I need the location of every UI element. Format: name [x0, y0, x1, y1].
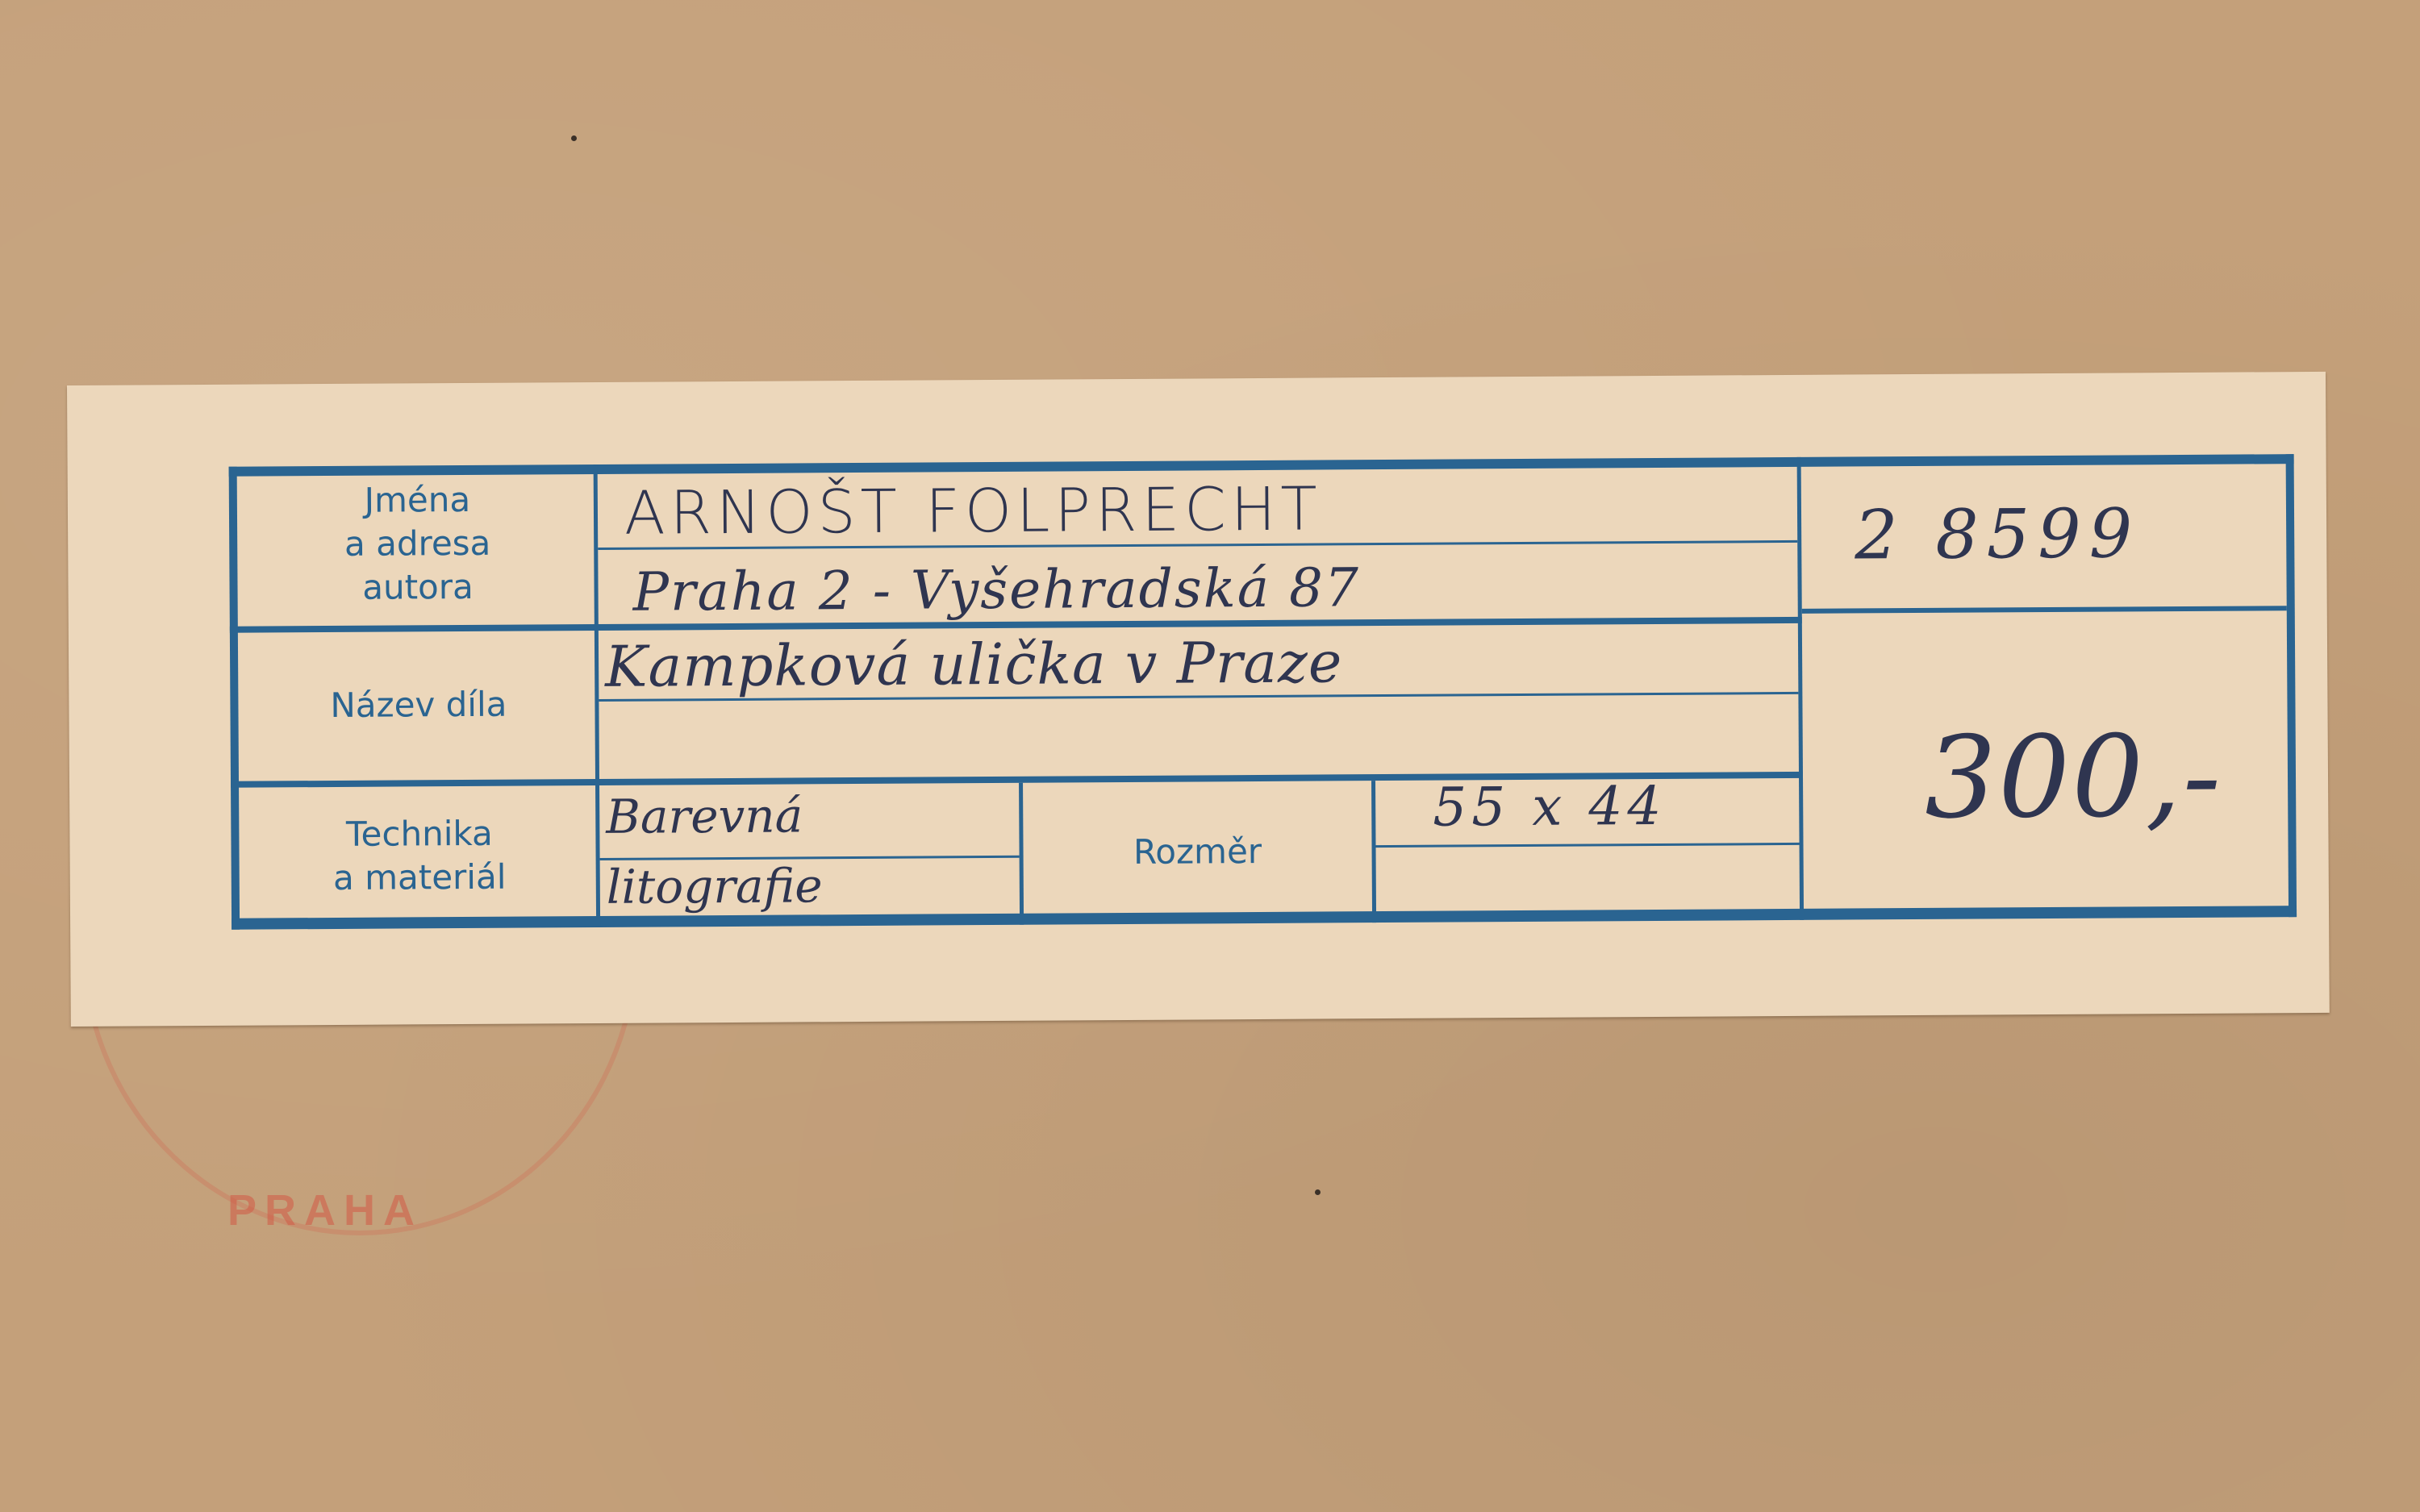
- size-value: 55 x 44: [1433, 775, 1667, 839]
- author-address-value: Praha 2 - Vyšehradská 87: [632, 556, 1360, 623]
- number-box-divider: [1802, 606, 2287, 614]
- table-left-border: [229, 467, 240, 930]
- stamp-city: PRAHA: [227, 1185, 423, 1235]
- debris-speck: [1315, 1189, 1321, 1195]
- table-bottom-border: [232, 906, 2297, 930]
- writing-line: [1375, 843, 1800, 848]
- table-top-border: [229, 454, 2294, 477]
- size-field-label: Rozměr: [1023, 829, 1371, 875]
- author-field-label: Jména a adresa autora: [241, 477, 595, 610]
- table-right-border: [2286, 454, 2297, 917]
- debris-speck: [571, 135, 577, 141]
- technique-field-label: Technika a materiál: [243, 811, 596, 901]
- author-name-value: ARNOŠT FOLPRECHT: [624, 475, 1322, 548]
- technique-line2-value: litografie: [607, 858, 823, 914]
- inventory-number-value: 2 8599: [1855, 494, 2141, 574]
- title-field-label: Název díla: [242, 682, 595, 728]
- price-value: 300,-: [1925, 711, 2223, 844]
- number-col-divider: [1797, 457, 1805, 920]
- artwork-title-value: Kampková ulička v Praze: [605, 629, 1343, 700]
- artwork-label: Jména a adresa autora Název díla Technik…: [67, 372, 2330, 1027]
- technique-line1-value: Barevná: [606, 788, 803, 843]
- size-col-divider: [1371, 781, 1376, 923]
